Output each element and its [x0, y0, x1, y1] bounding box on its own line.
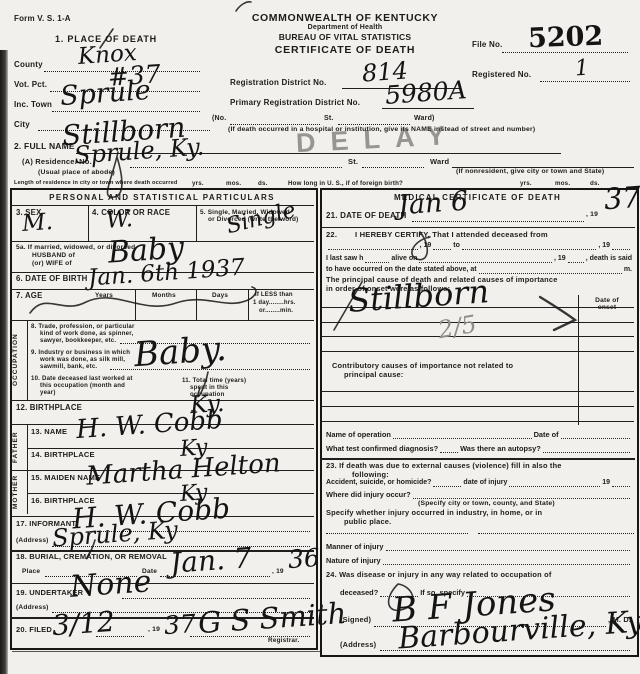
manner-injury-label: Manner of injury	[326, 543, 384, 551]
burial-year-value: 36	[287, 545, 320, 572]
leader-line	[462, 246, 596, 250]
blank-line-2	[478, 533, 634, 534]
age-less-1: If LESS than	[255, 292, 293, 299]
father-strip-divider	[27, 424, 28, 470]
inc-town-label: Inc. Town	[14, 100, 52, 109]
occupation-value: Baby.	[133, 332, 228, 372]
occ9-line3: sawmill, bank, etc.	[40, 363, 97, 370]
left-box-shadow-line	[12, 651, 320, 652]
leader-line	[612, 483, 630, 487]
color-race-value: W.	[105, 208, 133, 233]
leader-line	[479, 270, 622, 274]
age-years-label: Years	[95, 292, 113, 299]
rule-8	[10, 320, 314, 321]
age-label: 7. AGE	[16, 292, 42, 301]
specify-city-note: (Specify city or town, county, and State…	[418, 500, 555, 508]
occ8-line3: sawyer, bookkeeper, etc.	[40, 337, 116, 344]
certify-number: 22.	[326, 231, 337, 240]
occupation-vertical-label: OCCUPATION	[12, 324, 25, 396]
to-word: to	[453, 242, 460, 250]
leader-line	[568, 259, 584, 263]
bureau-subtitle: BUREAU OF VITAL STATISTICS	[225, 33, 465, 43]
nonresident-note: (If nonresident, give city or town and S…	[456, 168, 604, 176]
leader-line	[386, 547, 631, 551]
registrar-label: Registrar.	[268, 637, 299, 644]
commonwealth-title: COMMONWEALTH OF KENTUCKY	[225, 12, 465, 24]
personal-title: PERSONAL AND STATISTICAL PARTICULARS	[12, 193, 312, 202]
st-label: St.	[324, 115, 334, 123]
occ9-line2: work was done, as silk mill,	[40, 356, 125, 363]
burial-year-prefix: , 19	[272, 568, 284, 576]
leader-line	[393, 435, 532, 439]
contrib-rule-3	[322, 421, 634, 422]
occurred-text: to have occurred on the date stated abov…	[326, 266, 477, 274]
cause-rule-2	[322, 322, 634, 323]
autopsy-label: Was there an autopsy?	[460, 445, 541, 453]
registered-no-line	[540, 81, 630, 82]
age-divider-3	[248, 289, 249, 320]
rule-7	[10, 289, 314, 290]
occ10-line1: 10. Date deceased last worked at	[31, 375, 133, 382]
mother-vertical-label: MOTHER	[12, 473, 25, 511]
leader-line	[433, 483, 461, 487]
leader-line	[612, 246, 630, 250]
occ11-line1: 11. Total time (years)	[182, 377, 246, 384]
age-months-label: Months	[152, 292, 176, 299]
leader-line	[440, 449, 458, 453]
rule-23	[320, 458, 635, 460]
mother-strip-divider	[27, 470, 28, 514]
m-label: m.	[624, 266, 632, 274]
nature-injury-label: Nature of injury	[326, 557, 381, 565]
dod-value: Jan 6	[397, 188, 469, 220]
length-mos: mos.	[226, 180, 241, 187]
date-of-label: Date of	[534, 431, 559, 439]
county-label: County	[14, 60, 43, 69]
dob-label: 6. DATE OF BIRTH	[16, 275, 88, 284]
binding-edge	[0, 50, 8, 674]
burial-label: 18. BURIAL, CREMATION, OR REMOVAL	[16, 553, 167, 562]
married-note-2: HUSBAND of	[32, 252, 75, 260]
filed-year-prefix: , 19	[148, 626, 160, 634]
sex-value: M.	[21, 211, 53, 236]
alive-on-text: alive on	[391, 255, 417, 263]
divider-3-4	[88, 205, 89, 241]
length-label: Length of residence in city or town wher…	[14, 180, 178, 186]
reg-district-label: Registration District No.	[230, 78, 327, 87]
form-number: Form V. S. 1-A	[14, 14, 71, 23]
leader-line	[413, 495, 630, 499]
divider-4-5	[196, 205, 197, 241]
pencil-notation: 2/5	[436, 312, 478, 342]
last-saw-text: I last saw h	[326, 255, 363, 263]
contributory-text-2: principal cause:	[344, 371, 403, 380]
father-bp-label: 14. BIRTHPLACE	[31, 451, 95, 460]
filed-date-line	[96, 636, 144, 637]
department-subtitle: Department of Health	[225, 24, 465, 32]
contrib-rule-2	[322, 406, 634, 407]
length-yrs2: yrs.	[520, 180, 532, 187]
leader-line	[509, 483, 600, 487]
residence-line	[130, 167, 342, 168]
occupation-strip-divider	[27, 320, 28, 400]
occ10-line3: year)	[40, 389, 56, 396]
dod-year-prefix: , 19	[586, 211, 598, 219]
age-less-2: 1 day........hrs.	[253, 300, 296, 307]
burial-place-label: Place	[22, 568, 40, 576]
registered-no-value: 1	[574, 58, 590, 81]
leader-line	[365, 259, 389, 263]
leader-line	[383, 561, 630, 565]
registered-no-label: Registered No.	[472, 70, 531, 79]
father-vertical-label: FATHER	[12, 427, 25, 467]
rule-19	[10, 583, 314, 584]
leader-line	[328, 246, 418, 250]
injury-date-label: date of injury	[463, 479, 507, 487]
certify-19b: , 19	[598, 242, 610, 250]
file-no-value: 5202	[528, 23, 604, 53]
medical-title: MEDICAL CERTIFICATE OF DEATH	[322, 193, 633, 202]
undertaker-addr-label: (Address)	[16, 604, 49, 612]
operation-label: Name of operation	[326, 431, 391, 439]
deceased-label: deceased?	[340, 589, 378, 597]
length-ds2: ds.	[590, 180, 600, 187]
birthplace-label: 12. BIRTHPLACE	[16, 404, 82, 413]
no-line	[230, 124, 320, 125]
inc-town-value: Sprule	[59, 77, 151, 110]
age-less-3: or........min.	[259, 308, 293, 315]
how-long-label: How long in U. S., if of foreign birth?	[288, 180, 403, 187]
length-mos2: mos.	[555, 180, 570, 187]
specify-text-2: public place.	[344, 518, 391, 527]
residence-ward-label: Ward	[430, 158, 449, 167]
undertaker-value: None	[69, 567, 152, 603]
father-name-label: 13. NAME	[31, 428, 67, 437]
last-saw-19: , 19	[554, 255, 566, 263]
contrib-rule-1	[322, 391, 634, 392]
where-injury-label: Where did injury occur?	[326, 491, 411, 499]
vot-pct-label: Vot. Pct.	[14, 80, 47, 89]
leader-line	[543, 449, 630, 453]
city-label: City	[14, 120, 30, 129]
primary-district-value: 5980A	[384, 77, 467, 108]
leader-line	[433, 246, 451, 250]
age-days-label: Days	[212, 292, 228, 299]
injury-19: 19	[602, 479, 610, 487]
length-ds: ds.	[258, 180, 268, 187]
rule-16	[27, 493, 314, 494]
leader-line	[561, 435, 630, 439]
married-note-3: (or) WIFE of	[32, 260, 72, 268]
length-yrs: yrs.	[192, 180, 204, 187]
death-certificate: Form V. S. 1-A 1. PLACE OF DEATH County …	[0, 0, 640, 674]
death-said-text: , death is said	[586, 255, 632, 263]
certify-text: I HEREBY CERTIFY, That I attended deceas…	[355, 231, 548, 240]
certify-19a: , 19	[420, 242, 432, 250]
cause-rule-4	[322, 351, 634, 352]
dod-year-value: 37	[603, 183, 640, 215]
residence-st-line	[362, 167, 424, 168]
accident-label: Accident, suicide, or homicide?	[326, 479, 431, 487]
rule-22	[320, 227, 635, 228]
rule-12	[10, 400, 314, 401]
leader-line	[419, 259, 552, 263]
occ8-line1: 8. Trade, profession, or particular	[31, 323, 135, 330]
occ10-line2: this occupation (month and	[40, 382, 125, 389]
age-divider-2	[196, 289, 197, 320]
occ8-line2: kind of work done, as spinner,	[40, 330, 133, 337]
occ9-line1: 9. Industry or business in which	[31, 349, 130, 356]
age-divider-1	[135, 289, 136, 320]
filed-label: 20. FILED	[16, 626, 52, 635]
dod-label: 21. DATE OF DEATH	[326, 211, 406, 220]
burial-date-value: Jan. 7	[169, 544, 252, 578]
physician-addr-label: (Address)	[340, 641, 376, 650]
abode-note: (Usual place of abode)	[38, 169, 115, 177]
occupation-related-text: 24. Was disease or injury in any way rel…	[326, 571, 552, 580]
test-label: What test confirmed diagnosis?	[326, 445, 438, 453]
blank-line-1	[326, 533, 468, 534]
signed-label: (Signed)	[340, 616, 371, 625]
residence-value: Sprule, Ky.	[73, 134, 205, 167]
certificate-title: CERTIFICATE OF DEATH	[225, 44, 465, 56]
filed-year-value: 37	[163, 611, 196, 638]
file-no-label: File No.	[472, 40, 503, 49]
informant-addr-label: (Address)	[16, 537, 49, 545]
no-label: (No.	[212, 115, 226, 123]
primary-district-label: Primary Registration District No.	[230, 98, 360, 107]
dod-line	[412, 221, 584, 222]
residence-st-label: St.	[348, 158, 358, 167]
